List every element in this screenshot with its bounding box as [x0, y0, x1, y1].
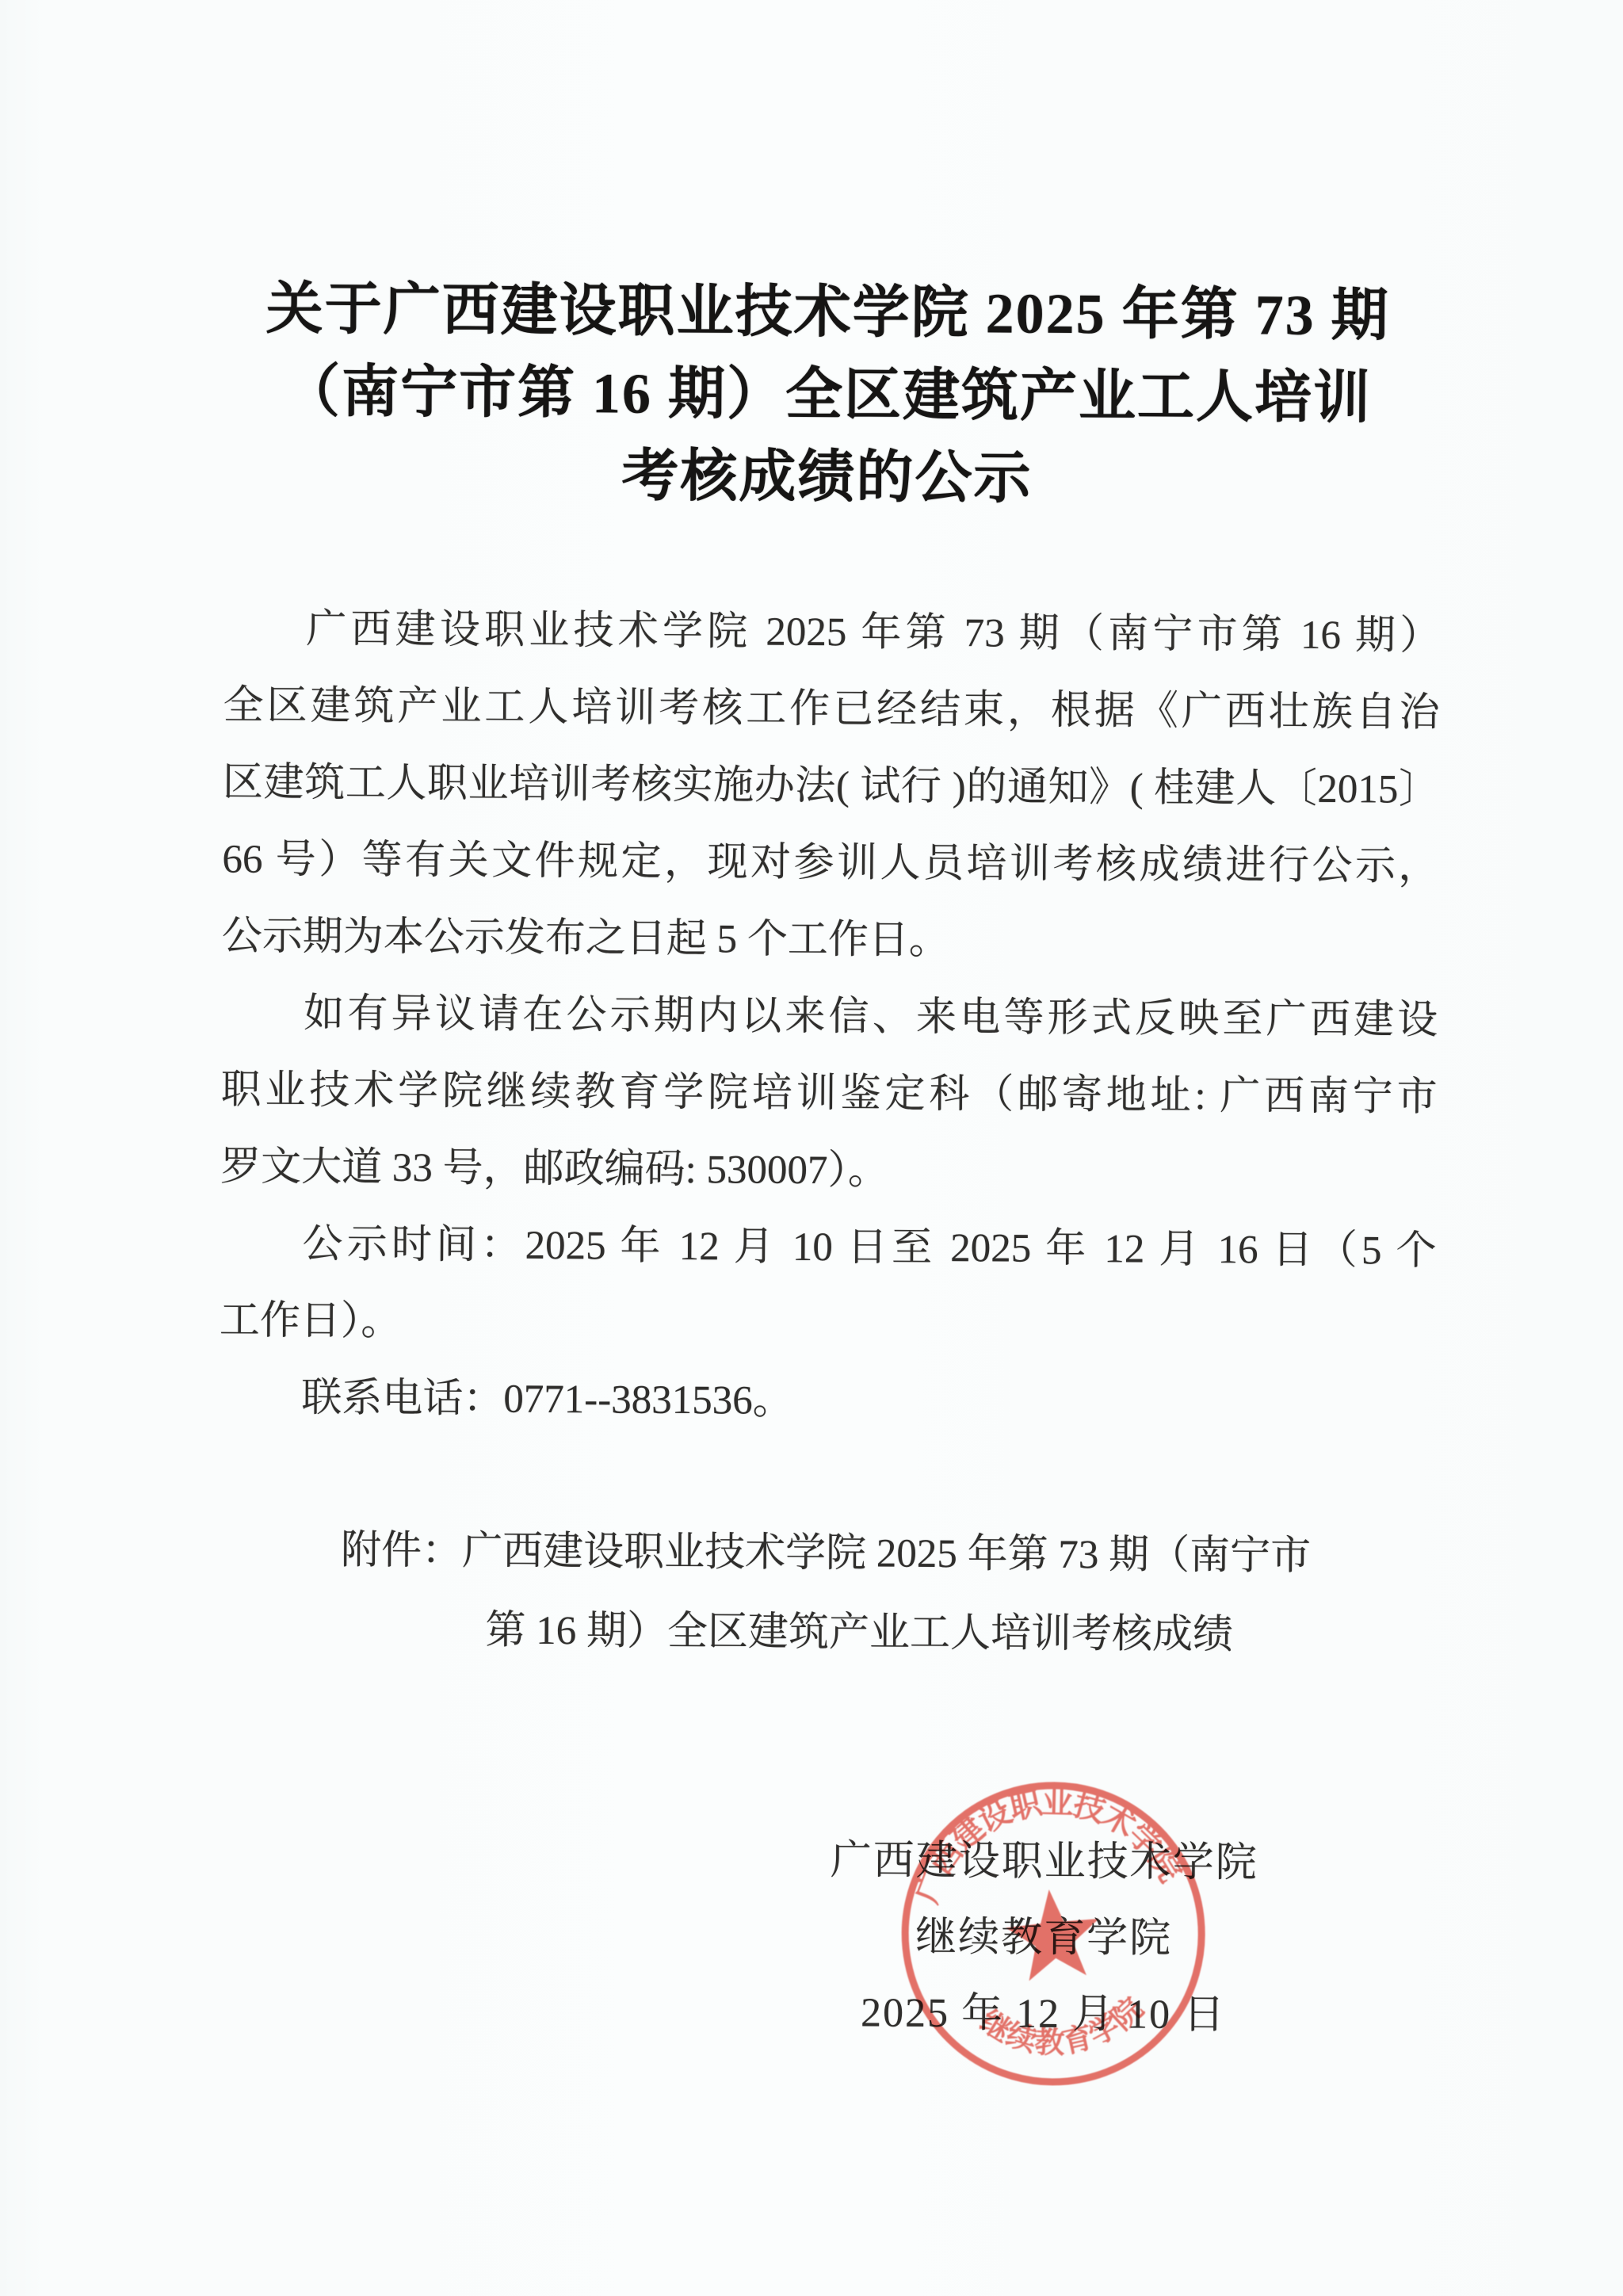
seal-bottom-text: 继续教育学院 — [972, 1989, 1154, 2069]
body-line: 公示时间：2025 年 12 月 10 日至 2025 年 12 月 16 日（… — [220, 1205, 1437, 1289]
star-icon — [1002, 1885, 1104, 1982]
scanned-notice-page: 关于广西建设职业技术学院 2025 年第 73 期 （南宁市第 16 期）全区建… — [0, 0, 1623, 2296]
body-line: 如有异议请在公示期内以来信、来电等形式反映至广西建设 — [221, 975, 1438, 1059]
scan-content: 关于广西建设职业技术学院 2025 年第 73 期 （南宁市第 16 期）全区建… — [0, 0, 1623, 2296]
seal-arc-text: 广西建设职业技术学院 — [899, 1771, 1190, 1912]
notice-body: 广西建设职业技术学院 2025 年第 73 期（南宁市第 16 期） 全区建筑产… — [219, 590, 1440, 1443]
title-line-3: 考核成绩的公示 — [208, 432, 1445, 522]
body-line: 职业技术学院继续教育学院培训鉴定科（邮寄地址: 广西南宁市 — [220, 1052, 1438, 1136]
title-line-2: （南宁市第 16 期）全区建筑产业工人培训 — [209, 350, 1446, 440]
seal-group: 广西建设职业技术学院 继续教育学院 — [891, 1770, 1215, 2095]
body-line: 66 号）等有关文件规定，现对参训人员培训考核成绩进行公示， — [222, 821, 1439, 905]
body-line: 公示期为本公示发布之日起 5 个工作日。 — [222, 898, 1439, 982]
body-line: 罗文大道 33 号，邮政编码: 530007）。 — [220, 1129, 1438, 1213]
body-line: 区建筑工人职业培训考核实施办法( 试行 )的通知》( 桂建人〔2015〕 — [223, 744, 1440, 828]
attachment-line: 附件：广西建设职业技术学院 2025 年第 73 期（南宁市 — [218, 1510, 1435, 1596]
attachment-line: 第 16 期）全区建筑产业工人培训考核成绩 — [217, 1589, 1434, 1675]
body-line: 全区建筑产业工人培训考核工作已经结束，根据《广西壮族自治 — [223, 667, 1440, 751]
body-line: 工作日）。 — [220, 1282, 1437, 1366]
notice-title: 关于广西建设职业技术学院 2025 年第 73 期 （南宁市第 16 期）全区建… — [208, 267, 1446, 522]
attachment-section: 附件：广西建设职业技术学院 2025 年第 73 期（南宁市 第 16 期）全区… — [217, 1510, 1434, 1675]
body-line: 广西建设职业技术学院 2025 年第 73 期（南宁市第 16 期） — [223, 590, 1441, 674]
body-line: 联系电话：0771--3831536。 — [219, 1359, 1436, 1443]
title-line-1: 关于广西建设职业技术学院 2025 年第 73 期 — [209, 267, 1446, 357]
official-seal: 广西建设职业技术学院 继续教育学院 — [878, 1759, 1229, 2110]
